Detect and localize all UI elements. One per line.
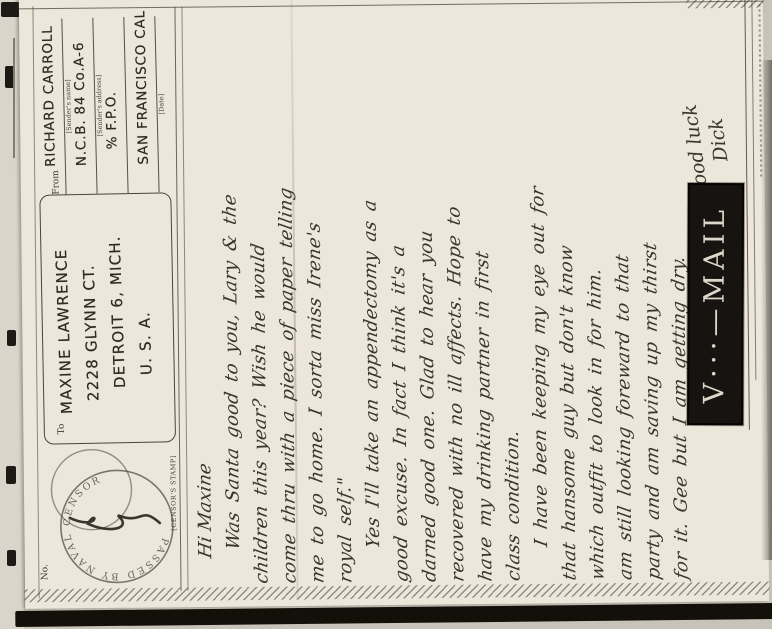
from-entry: RICHARD CARROLL[Sender's name] (39, 18, 74, 195)
film-edge-mark (7, 330, 16, 346)
to-address-line: DETROIT 6, MICH. (102, 235, 135, 389)
film-edge-mark (6, 466, 16, 484)
photo-edge-shade (761, 60, 772, 560)
from-entry: N.C.B. 84 Co.A-6[Sender's address] (70, 18, 105, 195)
from-entry: SAN FRANCISCO CAL[Date] (132, 16, 167, 193)
from-entries: RICHARD CARROLL[Sender's name]N.C.B. 84 … (39, 16, 167, 195)
to-label: To (57, 424, 67, 435)
censor-stamp: PASSED BY NAVAL CENSOR [CENSOR'S STAMP] (47, 439, 185, 590)
to-address-line: U. S. A. (129, 234, 161, 376)
letter-body: Hi Maxine Was Santa good to you, Lary & … (186, 3, 696, 586)
from-address-block: From RICHARD CARROLL[Sender's name]N.C.B… (39, 16, 167, 195)
form-top-rule (32, 6, 39, 598)
letter-sheet: No. PASSED BY NAVAL CENSOR [CENSOR'S STA… (19, 0, 769, 609)
vmail-form: No. PASSED BY NAVAL CENSOR [CENSOR'S STA… (18, 0, 769, 602)
from-entry: % F.P.O. (101, 17, 136, 194)
form-bottom-rule (744, 0, 750, 430)
censor-stamp-graphic: PASSED BY NAVAL CENSOR (47, 439, 185, 590)
censor-stamp-caption: [CENSOR'S STAMP] (169, 455, 178, 531)
to-address: MAXINE LAWRENCE2228 GLYNN CT.DETROIT 6, … (48, 234, 162, 415)
v-mail-stamp: V···—MAIL (687, 183, 744, 425)
photo-black-bar (15, 603, 772, 627)
form-bottom-rule (751, 0, 756, 380)
vmail-photo: No. PASSED BY NAVAL CENSOR [CENSOR'S STA… (0, 0, 772, 629)
to-address-box: To MAXINE LAWRENCE2228 GLYNN CT.DETROIT … (39, 192, 176, 444)
letter-lines: Was Santa good to you, Lary & thechildre… (214, 3, 696, 586)
film-edge-mark (7, 550, 16, 566)
film-edge-line (13, 38, 15, 158)
